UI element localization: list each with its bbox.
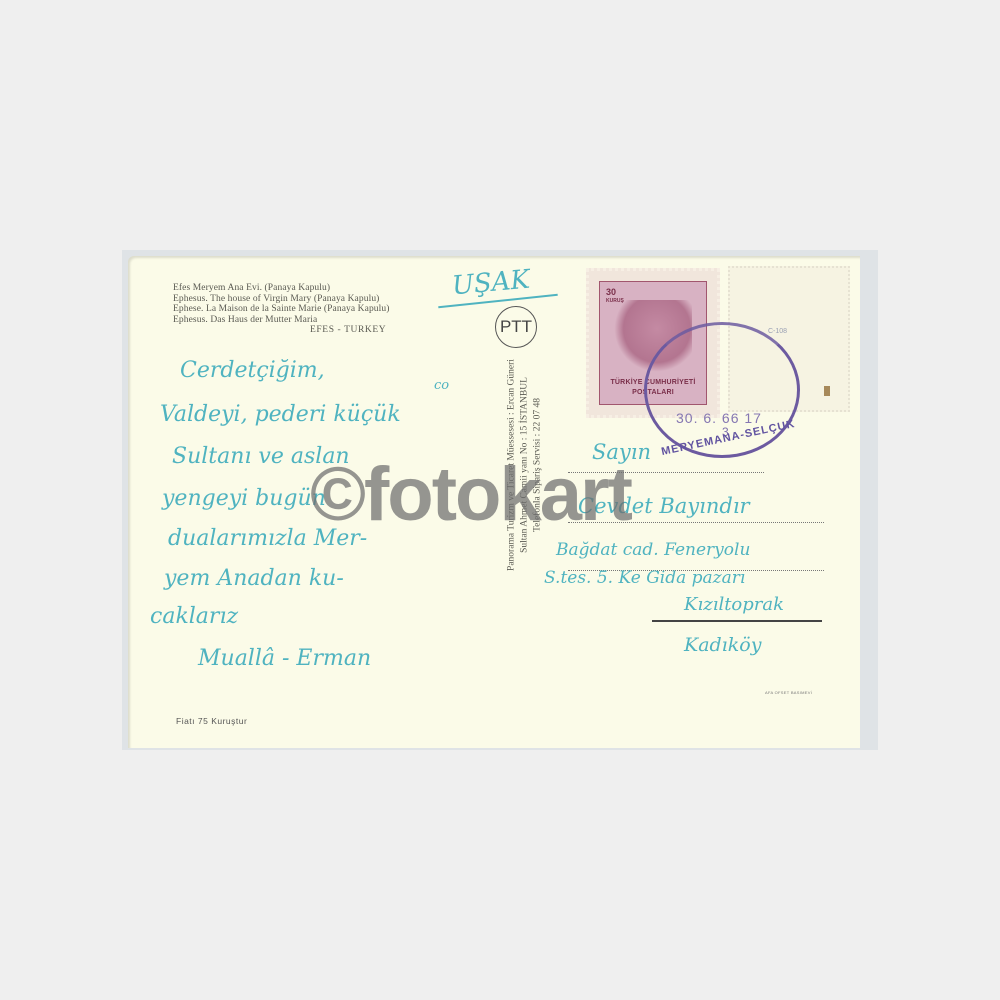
postcard-caption: Efes Meryem Ana Evi. (Panaya Kapulu) Eph… — [173, 283, 390, 336]
message-line: Valdeyi, pederi küçük — [160, 402, 401, 427]
watermark: ©fotokart — [310, 455, 631, 535]
message-line: yengeyi bugün — [162, 486, 326, 511]
stamp-box-mark — [824, 386, 830, 396]
message-line: Cerdetçiğim, — [180, 358, 325, 383]
caption-line: Ephesus. The house of Virgin Mary (Panay… — [173, 294, 390, 305]
address-line: Kızıltoprak — [684, 594, 784, 615]
caption-location: EFES - TURKEY — [173, 325, 390, 336]
caption-line: Efes Meryem Ana Evi. (Panaya Kapulu) — [173, 283, 390, 294]
caption-line: Ephesus. Das Haus der Mutter Maria — [173, 315, 390, 326]
address-line: Kadıköy — [684, 634, 761, 656]
message-line: yem Anadan ku- — [164, 566, 344, 591]
address-line: Bağdat cad. Feneryolu — [556, 540, 750, 560]
stamp-box-label: C-108 — [768, 328, 787, 335]
postmark-date: 30. 6. 66 17 — [676, 410, 762, 426]
message-superscript: co — [434, 378, 449, 393]
printer-text: AFA OFSET BASIMEVİ — [765, 690, 812, 695]
message-line: caklarız — [150, 604, 238, 629]
signature: Muallâ - Erman — [198, 646, 371, 671]
address-line: S.tes. 5. Ke Gida pazarı — [544, 568, 745, 588]
caption-line: Ephese. La Maison de la Sainte Marie (Pa… — [173, 304, 390, 315]
price-text: Fiatı 75 Kuruştur — [176, 716, 247, 726]
address-underline — [652, 620, 822, 622]
